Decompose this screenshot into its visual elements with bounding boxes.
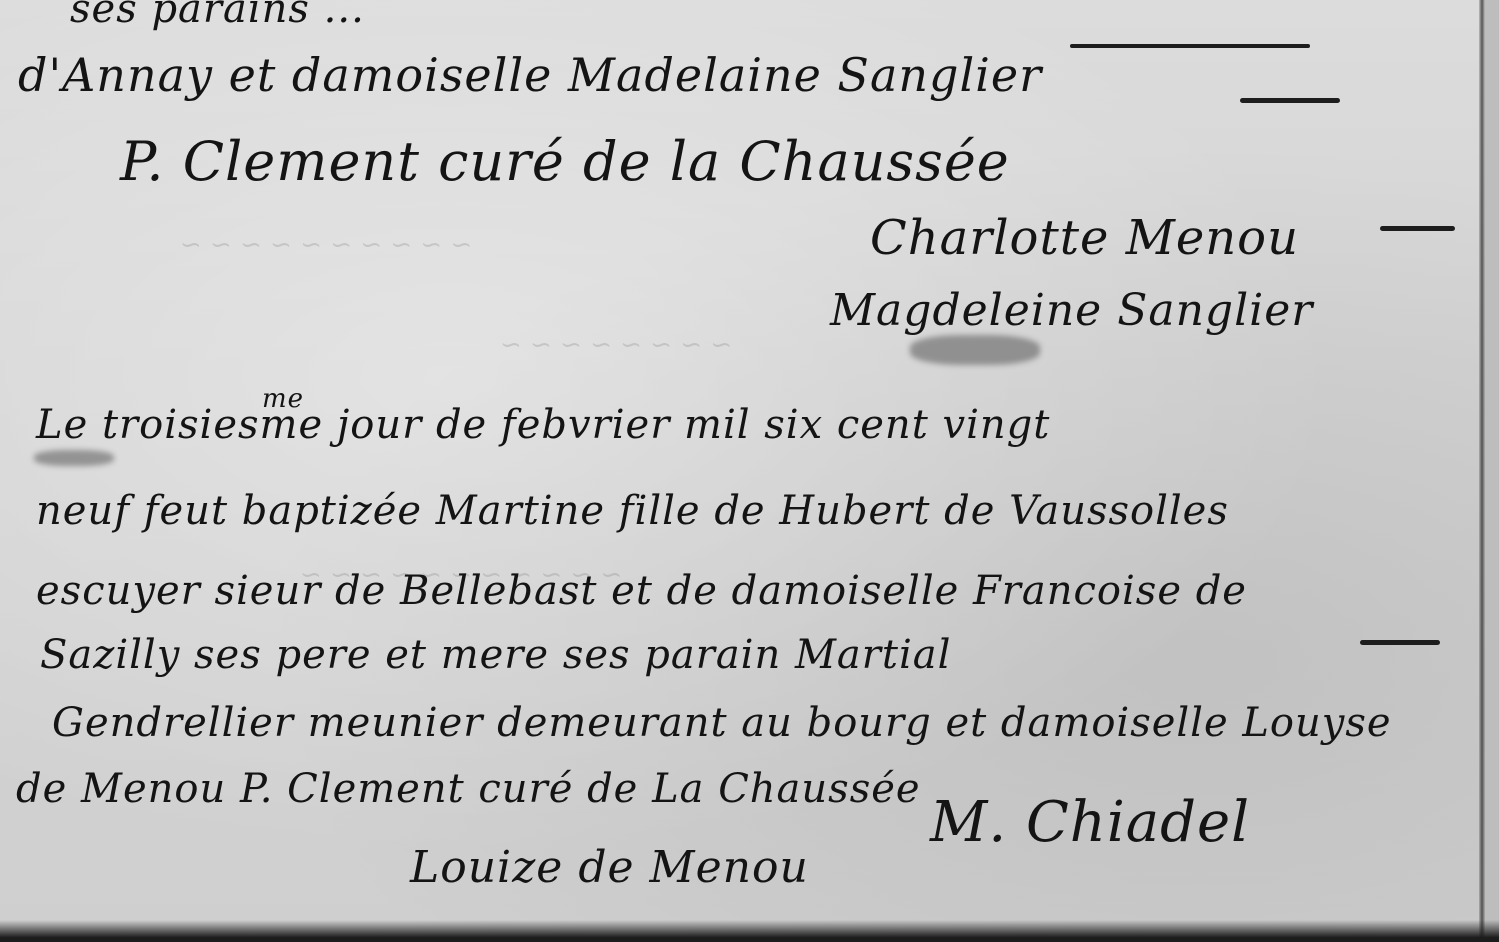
ink-smudge [34, 450, 114, 466]
main-entry-line-5: Gendrellier meunier demeurant au bourg e… [52, 700, 1392, 746]
previous-entry-line-1: ses parains ... [70, 0, 365, 32]
bleed-through-text: ~ ~ ~ ~ ~ ~ ~ ~ [500, 330, 732, 360]
superscript-me: me [262, 384, 304, 414]
main-entry-line-3: escuyer sieur de Bellebast et de damoise… [36, 568, 1247, 614]
main-entry-line-1: Le troisiesme jour de febvrier mil six c… [36, 402, 1050, 448]
register-page: ~ ~ ~ ~ ~ ~ ~ ~ ~ ~ ~ ~ ~ ~ ~ ~ ~ ~ ~ ~ … [0, 0, 1499, 942]
ink-stroke [1380, 226, 1455, 231]
signature-charlotte-menou: Charlotte Menou [870, 210, 1299, 266]
signature-cure: P. Clement curé de la Chaussée [120, 130, 1010, 193]
signature-louize-de-menou: Louize de Menou [410, 842, 809, 893]
main-entry-line-6: de Menou P. Clement curé de La Chaussée [16, 766, 921, 812]
ink-smudge [910, 335, 1040, 365]
signature-magdeleine-sanglier: Magdeleine Sanglier [830, 285, 1313, 336]
bleed-through-text: ~ ~ ~ ~ ~ ~ ~ ~ ~ ~ [180, 230, 472, 260]
main-entry-line-2: neuf feut baptizée Martine fille de Hube… [36, 488, 1229, 534]
main-entry-line-1-text: Le troisiesme jour de febvrier mil six c… [36, 402, 1050, 448]
page-margin [1485, 0, 1499, 942]
ink-stroke [1240, 98, 1340, 103]
ink-stroke [1360, 640, 1440, 645]
signature-m-chiadel: M. Chiadel [930, 790, 1250, 855]
main-entry-line-4: Sazilly ses pere et mere ses parain Mart… [40, 632, 951, 678]
previous-entry-line-2: d'Annay et damoiselle Madelaine Sanglier [18, 48, 1042, 102]
ink-stroke [1070, 44, 1310, 48]
